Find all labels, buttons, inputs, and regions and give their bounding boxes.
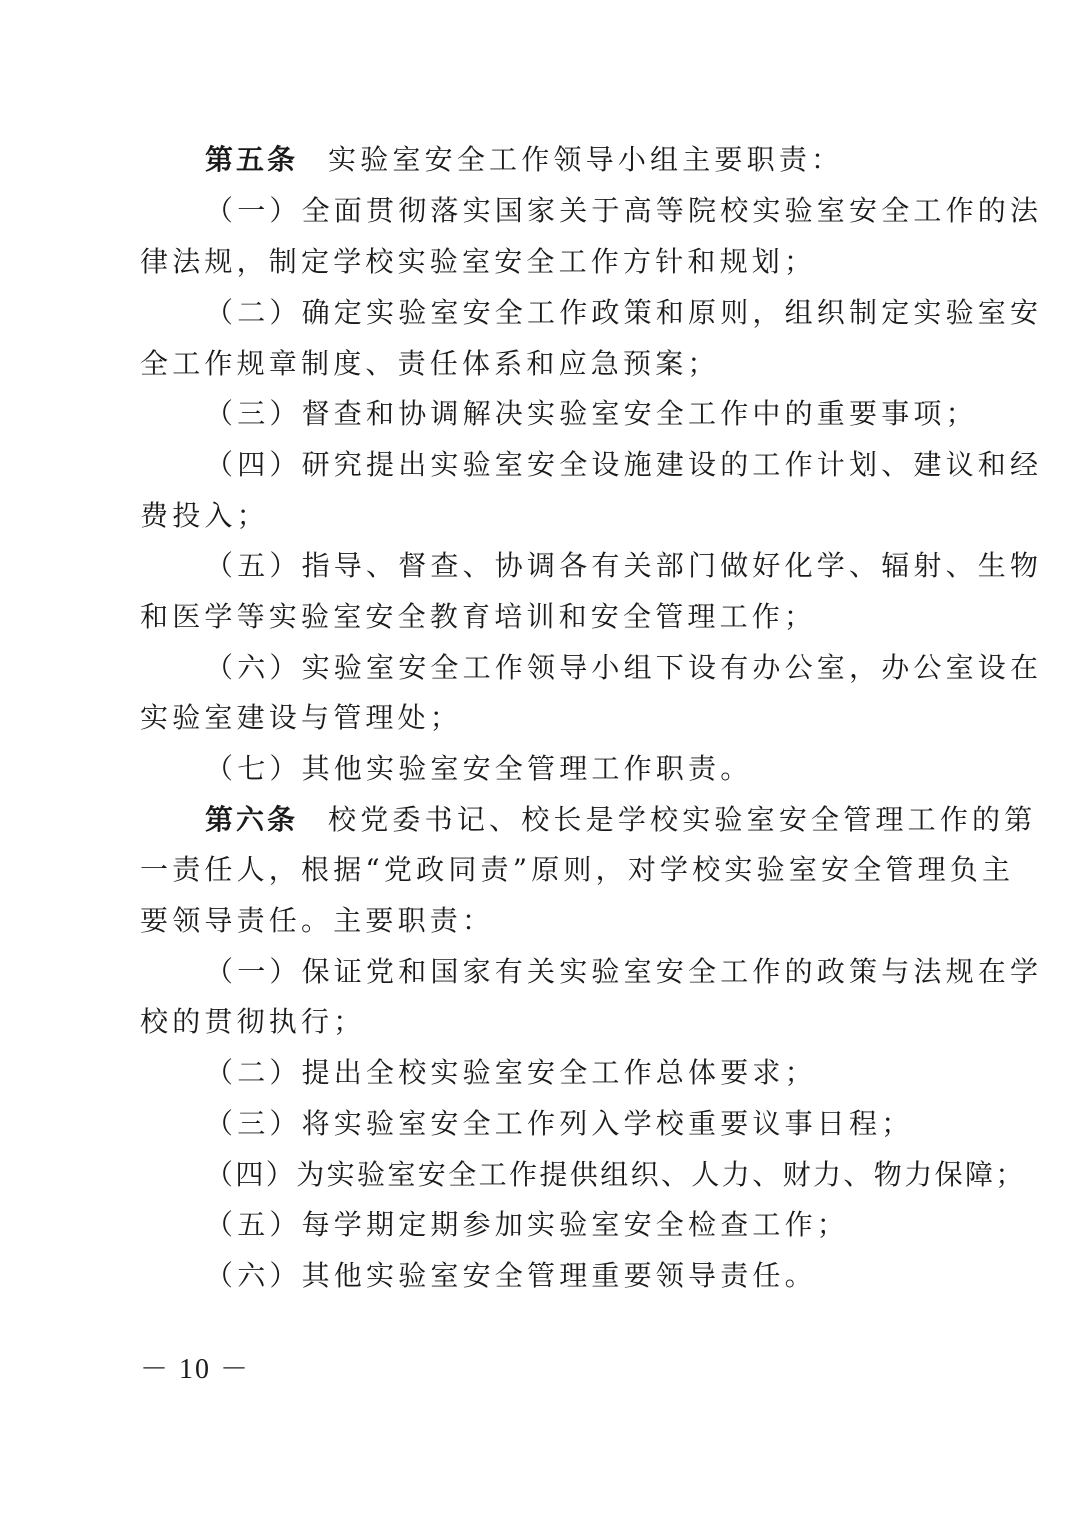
article5-item7-line1: （七）其他实验室安全管理工作职责。: [205, 749, 952, 789]
article6-heading: 第六条: [205, 803, 298, 836]
article6-lead-line3: 要领导责任。主要职责：: [140, 901, 952, 941]
article5-item3-line1: （三）督查和协调解决实验室安全工作中的重要事项；: [205, 394, 952, 434]
article6-item6-line1: （六）其他实验室安全管理重要领导责任。: [205, 1256, 952, 1296]
article5-item6-line2: 实验室建设与管理处；: [140, 698, 952, 738]
article6-heading-line: 第六条校党委书记、校长是学校实验室安全管理工作的第: [205, 800, 952, 840]
article5-item4-line1: （四）研究提出实验室安全设施建设的工作计划、建议和经: [205, 445, 952, 485]
article5-item5-line1: （五）指导、督查、协调各有关部门做好化学、辐射、生物: [205, 546, 952, 586]
article5-item4-line2: 费投入；: [140, 496, 952, 536]
article6-item5-line1: （五）每学期定期参加实验室安全检查工作；: [205, 1205, 952, 1245]
article5-item2-line1: （二）确定实验室安全工作政策和原则，组织制定实验室安: [205, 293, 952, 333]
article5-item1-line2: 律法规，制定学校实验室安全工作方针和规划；: [140, 242, 952, 282]
article5-lead: 实验室安全工作领导小组主要职责：: [328, 143, 843, 176]
article5-item5-line2: 和医学等实验室安全教育培训和安全管理工作；: [140, 597, 952, 637]
article5-heading-line: 第五条实验室安全工作领导小组主要职责：: [205, 140, 952, 180]
article5-item1-line1: （一）全面贯彻落实国家关于高等院校实验室安全工作的法: [205, 191, 952, 231]
article6-item1-line2: 校的贯彻执行；: [140, 1002, 952, 1042]
article6-lead-line2: 一责任人，根据“党政同责”原则，对学校实验室安全管理负主: [140, 850, 952, 890]
article6-lead-line1: 校党委书记、校长是学校实验室安全管理工作的第: [328, 803, 1036, 836]
page-number: － 10 －: [140, 1350, 250, 1390]
article5-item6-line1: （六）实验室安全工作领导小组下设有办公室，办公室设在: [205, 648, 952, 688]
article6-item1-line1: （一）保证党和国家有关实验室安全工作的政策与法规在学: [205, 952, 952, 992]
article6-item2-line1: （二）提出全校实验室安全工作总体要求；: [205, 1053, 952, 1093]
article5-heading: 第五条: [205, 143, 298, 176]
document-page: 第五条实验室安全工作领导小组主要职责： （一）全面贯彻落实国家关于高等院校实验室…: [0, 0, 1080, 1528]
article6-item3-line1: （三）将实验室安全工作列入学校重要议事日程；: [205, 1104, 952, 1144]
article6-item4-line1: （四）为实验室安全工作提供组织、人力、财力、物力保障；: [205, 1155, 952, 1195]
article5-item2-line2: 全工作规章制度、责任体系和应急预案；: [140, 344, 952, 384]
